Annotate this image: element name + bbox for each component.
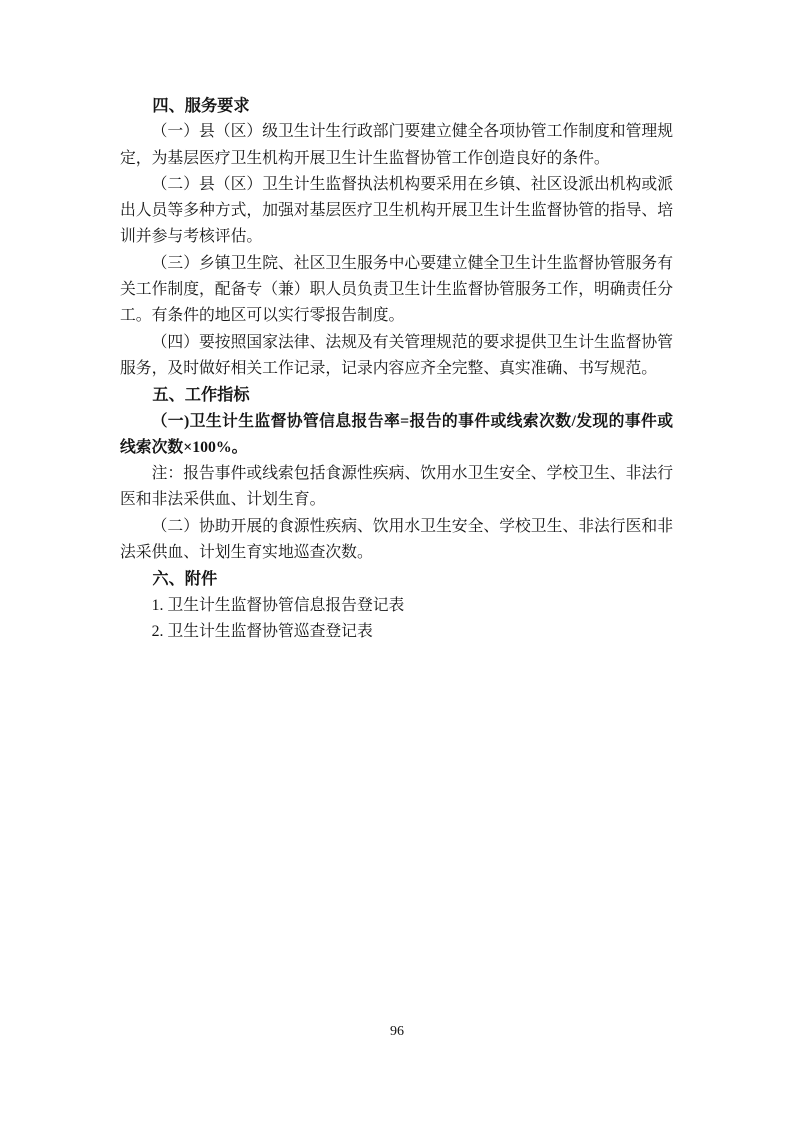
paragraph: （一)卫生计生监督协管信息报告率=报告的事件或线索次数/发现的事件或线索次数×1… [120,409,673,462]
attachment-item: 2. 卫生计生监督协管巡查登记表 [120,619,673,645]
section-heading: 四、服务要求 [120,93,673,119]
paragraph: （四）要按照国家法律、法规及有关管理规范的要求提供卫生计生监督协管服务，及时做好… [120,330,673,383]
attachment-item: 1. 卫生计生监督协管信息报告登记表 [120,593,673,619]
paragraph: （三）乡镇卫生院、社区卫生服务中心要建立健全卫生计生监督协管服务有关工作制度，配… [120,251,673,330]
section-heading: 六、附件 [120,566,673,592]
page-number: 96 [390,1024,404,1039]
page-footer: 96 [0,1022,794,1040]
section-heading: 五、工作指标 [120,382,673,408]
document-content: 四、服务要求（一）县（区）级卫生计生行政部门要建立健全各项协管工作制度和管理规定… [120,93,673,645]
document-page: 四、服务要求（一）县（区）级卫生计生行政部门要建立健全各项协管工作制度和管理规定… [0,0,794,1122]
paragraph: （二）协助开展的食源性疾病、饮用水卫生安全、学校卫生、非法行医和非法采供血、计划… [120,514,673,567]
paragraph: （一）县（区）级卫生计生行政部门要建立健全各项协管工作制度和管理规定，为基层医疗… [120,119,673,172]
paragraph: （二）县（区）卫生计生监督执法机构要采用在乡镇、社区设派出机构或派出人员等多种方… [120,172,673,251]
paragraph: 注：报告事件或线索包括食源性疾病、饮用水卫生安全、学校卫生、非法行医和非法采供血… [120,461,673,514]
